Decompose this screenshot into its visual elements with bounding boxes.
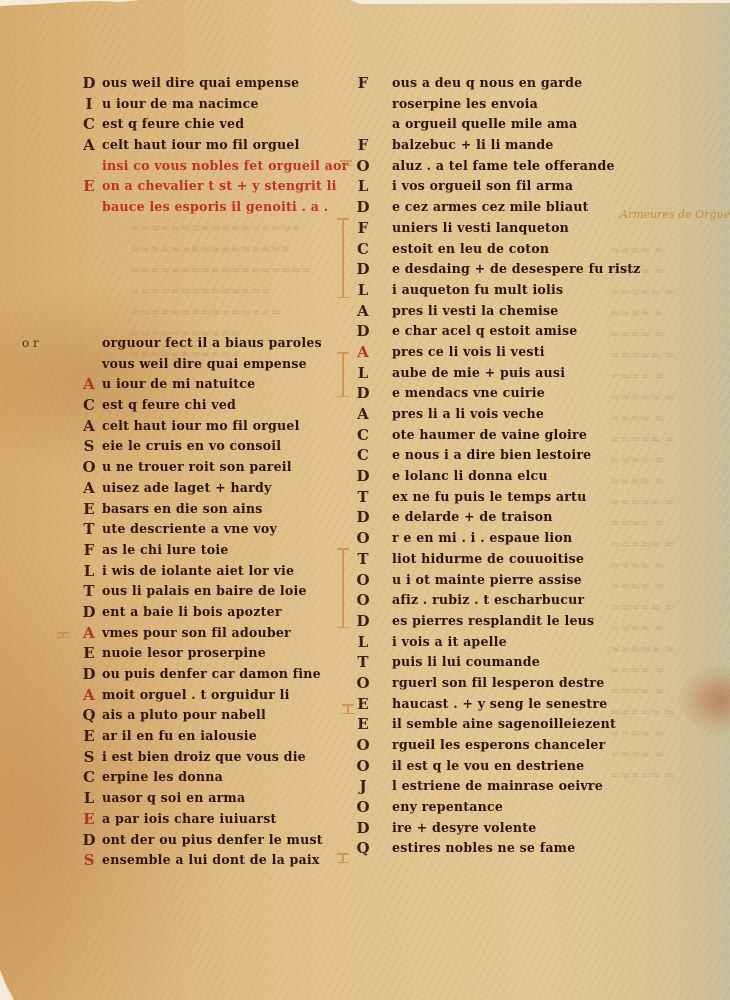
initial-letter: O — [80, 457, 98, 478]
verse-text: ote haumer de vaine gloire — [392, 425, 587, 446]
rubric-text: bauce les esporis il genoiti . a . — [102, 197, 328, 218]
initial-letter: D — [354, 197, 372, 218]
verse-text: ute descriente a vne voy — [102, 519, 277, 540]
margin-bracket — [342, 548, 344, 628]
initial-letter: L — [354, 632, 372, 653]
initial-letter: C — [354, 445, 372, 466]
initial-letter: F — [80, 540, 98, 561]
verse-text: uisez ade laget + hardy — [102, 478, 272, 499]
margin-annotation: Armeures de Orgueil — [620, 208, 730, 221]
initial-letter: A — [80, 685, 98, 706]
initial-letter: L — [80, 561, 98, 582]
initial-letter: A — [80, 135, 98, 156]
initial-letter: O — [354, 570, 372, 591]
verse-text: ensemble a lui dont de la paix — [102, 850, 320, 871]
initial-letter: O — [354, 156, 372, 177]
initial-letter: D — [354, 259, 372, 280]
margin-bracket — [342, 853, 344, 863]
initial-letter: L — [80, 788, 98, 809]
verse-text: vous weil dire quai empense — [102, 354, 307, 375]
initial-letter: O — [354, 735, 372, 756]
initial-letter: C — [80, 114, 98, 135]
verse-text: est q feure chi ved — [102, 395, 236, 416]
margin-bracket — [342, 352, 344, 397]
verse-text: es pierres resplandit le leus — [392, 611, 594, 632]
verse-text: rguerl son fil lesperon destre — [392, 673, 604, 694]
initial-letter: E — [80, 499, 98, 520]
initial-letter: D — [354, 611, 372, 632]
initial-letter: E — [80, 726, 98, 747]
verse-text: celt haut iour mo fil orguel — [102, 135, 300, 156]
verse-text: ous li palais en baire de loie — [102, 581, 307, 602]
verse-text: est q feure chie ved — [102, 114, 244, 135]
initial-letter: T — [354, 549, 372, 570]
verse-text: celt haut iour mo fil orguel — [102, 416, 300, 437]
initial-letter: D — [354, 383, 372, 404]
verse-text: ous a deu q nous en garde — [392, 73, 582, 94]
verse-text: ous weil dire quai empense — [102, 73, 299, 94]
initial-letter: F — [354, 73, 372, 94]
initial-letter: L — [354, 363, 372, 384]
verse-text: eny repentance — [392, 797, 503, 818]
initial-letter: J — [354, 776, 372, 797]
verse-text: roserpine les envoia — [392, 94, 538, 115]
initial-letter: A — [354, 342, 372, 363]
initial-letter: D — [354, 507, 372, 528]
initial-letter: A — [80, 478, 98, 499]
initial-letter: A — [80, 623, 98, 644]
verse-text: ou puis denfer car damon fine — [102, 664, 321, 685]
verse-text: uasor q soi en arma — [102, 788, 245, 809]
initial-letter: E — [80, 809, 98, 830]
verse-text: ais a pluto pour nabell — [102, 705, 266, 726]
verse-text: ire + desyre volente — [392, 818, 537, 839]
verse-text: u iour de ma nacimce — [102, 94, 259, 115]
verse-text: erpine les donna — [102, 767, 223, 788]
initial-letter: O — [354, 590, 372, 611]
verse-text: e desdaing + de desespere fu ristz — [392, 259, 641, 280]
initial-letter: T — [80, 581, 98, 602]
verse-text: liot hidurme de couuoitise — [392, 549, 584, 570]
parchment-leaf: ≈≈≈≈≈≈≈≈≈≈≈≈≈≈≈≈≈≈≈≈≈≈≈≈≈≈≈≈≈≈≈≈≈≈≈≈≈≈≈≈… — [0, 0, 730, 1000]
initial-letter: Q — [80, 705, 98, 726]
initial-letter: A — [354, 404, 372, 425]
verse-text: il semble aine sagenoilleiezent — [392, 714, 616, 735]
margin-bracket — [342, 218, 344, 298]
initial-letter: C — [80, 395, 98, 416]
initial-letter: O — [354, 673, 372, 694]
verse-text: pres li vesti la chemise — [392, 301, 558, 322]
verse-text: aube de mie + puis ausi — [392, 363, 565, 384]
verse-text: i vos orgueil son fil arma — [392, 176, 573, 197]
initial-letter: D — [80, 73, 98, 94]
initial-letter: D — [354, 818, 372, 839]
verse-text: balzebuc + li li mande — [392, 135, 554, 156]
verse-text: i wis de iolante aiet lor vie — [102, 561, 294, 582]
verse-text: puis li lui coumande — [392, 652, 540, 673]
initial-letter: A — [354, 301, 372, 322]
verse-text: pres ce li vois li vesti — [392, 342, 545, 363]
initial-letter: D — [354, 321, 372, 342]
initial-letter: S — [80, 850, 98, 871]
verse-text: vmes pour son fil adouber — [102, 623, 291, 644]
verse-text: e char acel q estoit amise — [392, 321, 577, 342]
margin-mark: o r — [22, 336, 39, 350]
verse-text: uniers li vesti lanqueton — [392, 218, 569, 239]
rubric-text: on a chevalier t st + y stengrit li — [102, 176, 337, 197]
margin-bracket — [347, 704, 349, 714]
verse-text: ont der ou pius denfer le must — [102, 830, 323, 851]
verse-text: nuoie lesor proserpine — [102, 643, 266, 664]
initial-letter: A — [80, 416, 98, 437]
verse-text: estoit en leu de coton — [392, 239, 549, 260]
initial-letter: F — [354, 218, 372, 239]
initial-letter: T — [354, 652, 372, 673]
initial-letter: Q — [354, 838, 372, 859]
initial-letter: D — [80, 602, 98, 623]
verse-text: afiz . rubiz . t escharbucur — [392, 590, 584, 611]
initial-letter: C — [80, 767, 98, 788]
miniature-blank-space — [80, 222, 325, 332]
show-through-text-right: ≈≈≈≈ ≈≈≈≈≈ ≈≈≈≈≈≈ ≈≈≈≈≈ ≈≈≈≈≈ ≈≈≈≈≈≈ ≈≈≈… — [610, 240, 674, 786]
verse-text: pres li a li vois veche — [392, 404, 544, 425]
margin-bracket — [62, 632, 64, 638]
initial-letter: F — [354, 135, 372, 156]
verse-text: e lolanc li donna elcu — [392, 466, 548, 487]
initial-letter: I — [80, 94, 98, 115]
verse-text: ar il en fu en ialousie — [102, 726, 257, 747]
verse-text: estires nobles ne se fame — [392, 838, 575, 859]
verse-text: r e en mi . i . espaue lion — [392, 528, 572, 549]
verse-text: moit orguel . t orguidur li — [102, 685, 290, 706]
verse-text: a orgueil quelle mile ama — [392, 114, 577, 135]
verse-text: as le chi lure toie — [102, 540, 229, 561]
verse-text: ex ne fu puis le temps artu — [392, 487, 586, 508]
initial-letter: E — [80, 176, 98, 197]
verse-text: il est q le vou en destriene — [392, 756, 584, 777]
verse-text: rgueil les esperons chanceler — [392, 735, 605, 756]
initial-letter: D — [80, 664, 98, 685]
verse-text: basars en die son ains — [102, 499, 263, 520]
verse-text: e delarde + de traison — [392, 507, 553, 528]
verse-text: e cez armes cez mile bliaut — [392, 197, 589, 218]
initial-letter: D — [354, 466, 372, 487]
verse-text: u i ot mainte pierre assise — [392, 570, 582, 591]
initial-letter: O — [354, 797, 372, 818]
initial-letter: S — [80, 747, 98, 768]
verse-text: u ne trouer roit son pareil — [102, 457, 292, 478]
initial-letter: D — [80, 830, 98, 851]
initial-letter: E — [354, 694, 372, 715]
initial-letter: O — [354, 528, 372, 549]
initial-letter: L — [354, 176, 372, 197]
verse-text: haucast . + y seng le senestre — [392, 694, 607, 715]
margin-bracket — [345, 160, 347, 166]
initial-letter: E — [354, 714, 372, 735]
initial-letter: E — [80, 643, 98, 664]
initial-letter: A — [80, 374, 98, 395]
initial-letter: C — [354, 425, 372, 446]
verse-text: i vois a it apelle — [392, 632, 507, 653]
initial-letter: O — [354, 756, 372, 777]
initial-letter: T — [80, 519, 98, 540]
verse-text: e mendacs vne cuirie — [392, 383, 545, 404]
verse-text: a par iois chare iuiuarst — [102, 809, 277, 830]
rubric-text: insi co vous nobles fet orgueil aor — [102, 156, 348, 177]
verse-text: orguour fect il a biaus paroles — [102, 333, 322, 354]
verse-text: e nous i a dire bien lestoire — [392, 445, 591, 466]
verse-text: l estriene de mainrase oeivre — [392, 776, 603, 797]
initial-letter: C — [354, 239, 372, 260]
initial-letter: L — [354, 280, 372, 301]
verse-text: eie le cruis en vo consoil — [102, 436, 281, 457]
initial-letter: T — [354, 487, 372, 508]
verse-text: i est bien droiz que vous die — [102, 747, 306, 768]
verse-text: u iour de mi natuitce — [102, 374, 255, 395]
initial-letter: S — [80, 436, 98, 457]
verse-text: aluz . a tel fame tele offerande — [392, 156, 615, 177]
verse-text: i auqueton fu mult iolis — [392, 280, 563, 301]
verse-text: ent a baie li bois apozter — [102, 602, 282, 623]
